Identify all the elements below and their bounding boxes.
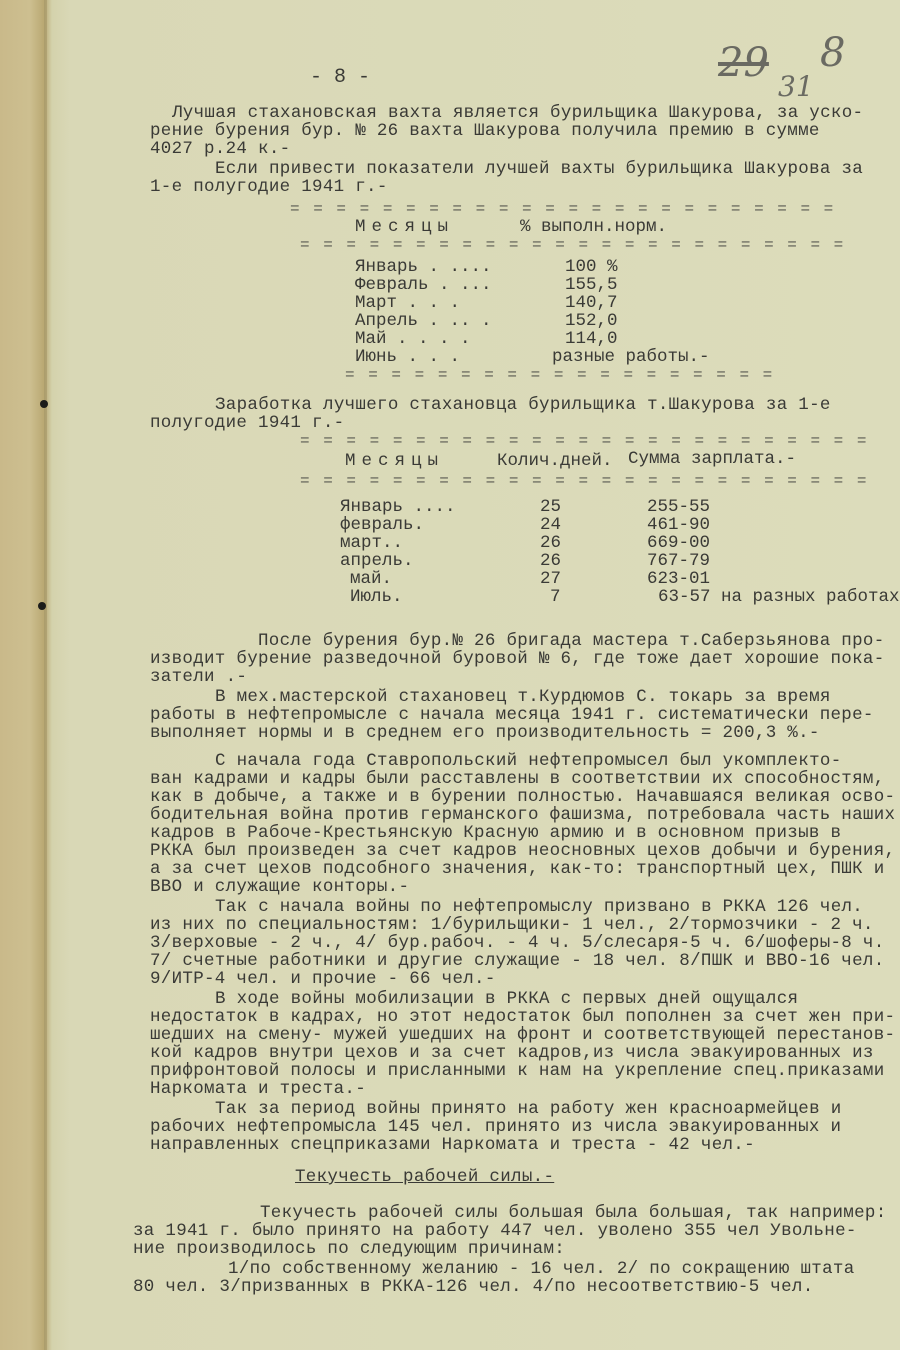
- folio-current: 31: [778, 70, 814, 103]
- text-line: В ходе войны мобилизации в РККА с первых…: [215, 990, 798, 1008]
- table2-sum: 623-01: [647, 570, 710, 588]
- table-rule: = = = = = = = = = = = = = = = = = = =: [345, 366, 774, 384]
- table2-sum: 767-79: [647, 552, 710, 570]
- text-line: из них по специальностям: 1/бурильщики- …: [150, 916, 874, 934]
- text-line: направленных спецприказами Наркомата и т…: [150, 1136, 755, 1154]
- text-line: шедших на смену- мужей ушедших на фронт …: [150, 1026, 895, 1044]
- table2-header-sum: Сумма зарплата.-: [628, 450, 796, 468]
- table2-month: Январь ....: [340, 498, 456, 516]
- text-line: полугодие 1941 г.-: [150, 414, 344, 432]
- text-line: 7/ счетные работники и другие служащие -…: [150, 952, 885, 970]
- table1-month: Март . . .: [355, 294, 460, 312]
- text-line: Если привести показатели лучшей вахты бу…: [215, 160, 863, 178]
- text-line: а за счет цехов подсобного значения, как…: [150, 860, 885, 878]
- table1-value: 100 %: [565, 258, 618, 276]
- table2-days: 27: [540, 570, 561, 588]
- text-line: Наркомата и треста.-: [150, 1080, 366, 1098]
- text-line: 1/по собственному желанию - 16 чел. 2/ п…: [228, 1260, 855, 1278]
- binding-hole: [38, 602, 46, 610]
- table1-month: Апрель . .. .: [355, 312, 492, 330]
- text-line: за 1941 г. было принято на работу 447 че…: [133, 1222, 857, 1240]
- text-line: 4027 р.24 к.-: [150, 140, 290, 158]
- text-line: рение бурения бур. № 26 вахта Шакурова п…: [150, 122, 820, 140]
- table2-header-days: Колич.дней.: [497, 452, 613, 470]
- table2-sum: 461-90: [647, 516, 710, 534]
- text-line: ВВО и служащие конторы.-: [150, 878, 409, 896]
- binding-hole: [40, 400, 48, 408]
- table2-days: 24: [540, 516, 561, 534]
- text-line: рабочих нефтепромысла 145 чел. принято и…: [150, 1118, 841, 1136]
- table-rule: = = = = = = = = = = = = = = = = = = = = …: [300, 236, 845, 254]
- table2-header-month: Месяцы: [345, 452, 444, 470]
- table2-month: март..: [340, 534, 403, 552]
- table-rule: = = = = = = = = = = = = = = = = = = = = …: [300, 472, 868, 490]
- page-number: - 8 -: [310, 66, 370, 89]
- text-line: Заработка лучшего стахановца бурильщика …: [215, 396, 831, 414]
- table2-days: 26: [540, 534, 561, 552]
- table1-month: Январь . ....: [355, 258, 492, 276]
- table1-value: 114,0: [565, 330, 618, 348]
- text-line: В мех.мастерской стахановец т.Курдюмов С…: [215, 688, 831, 706]
- table2-sum: 669-00: [647, 534, 710, 552]
- table-rule: = = = = = = = = = = = = = = = = = = = = …: [300, 432, 868, 450]
- table2-month: Июль.: [350, 588, 403, 606]
- text-line: затели .-: [150, 668, 247, 686]
- table1-month: Февраль . ...: [355, 276, 492, 294]
- table2-month: апрель.: [340, 552, 414, 570]
- text-line: С начала года Ставропольский нефтепромыс…: [215, 752, 842, 770]
- text-line: 9/ИТР-4 чел. и прочие - 66 чел.-: [150, 970, 496, 988]
- table2-days: 25: [540, 498, 561, 516]
- text-line: 3/верховые - 2 ч., 4/ бур.рабоч. - 4 ч. …: [150, 934, 885, 952]
- table-rule: = = = = = = = = = = = = = = = = = = = = …: [290, 200, 835, 218]
- table1-header-norm: % выполн.норм.: [520, 218, 667, 236]
- text-line: После бурения бур.№ 26 бригада мастера т…: [258, 632, 885, 650]
- section-heading: Текучесть рабочей силы.-: [295, 1168, 554, 1186]
- binding-fold: [44, 0, 47, 1350]
- text-line: выполняет нормы и в среднем его производ…: [150, 724, 820, 742]
- table1-value: 155,5: [565, 276, 618, 294]
- text-line: прифронтовой полосы и присланными к нам …: [150, 1062, 885, 1080]
- text-line: недостаток в кадрах, но этот недостаток …: [150, 1008, 895, 1026]
- table2-days: 7: [550, 588, 561, 606]
- text-line: ван кадрами и кадры были расставлены в с…: [150, 770, 885, 788]
- table1-month: Май . . . .: [355, 330, 471, 348]
- text-line: Так с начала войны по нефтепромыслу приз…: [215, 898, 863, 916]
- folio-extra: 8: [820, 30, 845, 76]
- text-line: ние производилось по следующим причинам:: [133, 1240, 565, 1258]
- table1-value: разные работы.-: [552, 348, 710, 366]
- table2-sum: 255-55: [647, 498, 710, 516]
- text-line: как в добыче, а также и в бурении полнос…: [150, 788, 895, 806]
- table1-value: 140,7: [565, 294, 618, 312]
- table1-header-month: Месяцы: [355, 218, 454, 236]
- table1-month: Июнь . . .: [355, 348, 460, 366]
- document-page: - 8 - 29 31 8 Лучшая стахановская вахта …: [0, 0, 900, 1350]
- text-line: кой кадров внутри цехов и за счет кадров…: [150, 1044, 874, 1062]
- table2-month: май.: [350, 570, 392, 588]
- table2-sum: 63-57 на разных работах: [658, 588, 900, 606]
- text-line: бодительная война против германского фаш…: [150, 806, 895, 824]
- table1-value: 152,0: [565, 312, 618, 330]
- text-line: изводит бурение разведочной буровой № 6,…: [150, 650, 885, 668]
- table2-month: февраль.: [340, 516, 424, 534]
- text-line: Лучшая стахановская вахта является бурил…: [172, 104, 863, 122]
- text-line: 1-е полугодие 1941 г.-: [150, 178, 388, 196]
- text-line: 80 чел. 3/призванных в РККА-126 чел. 4/п…: [133, 1278, 814, 1296]
- table2-days: 26: [540, 552, 561, 570]
- text-line: Так за период войны принято на работу же…: [215, 1100, 842, 1118]
- text-line: Текучесть рабочей силы большая была боль…: [260, 1204, 887, 1222]
- text-line: кадров в Рабоче-Крестьянскую Красную арм…: [150, 824, 841, 842]
- text-line: РККА был произведен за счет кадров неосн…: [150, 842, 895, 860]
- folio-crossed: 29: [718, 40, 769, 86]
- text-line: работы в нефтепромысле с начала месяца 1…: [150, 706, 874, 724]
